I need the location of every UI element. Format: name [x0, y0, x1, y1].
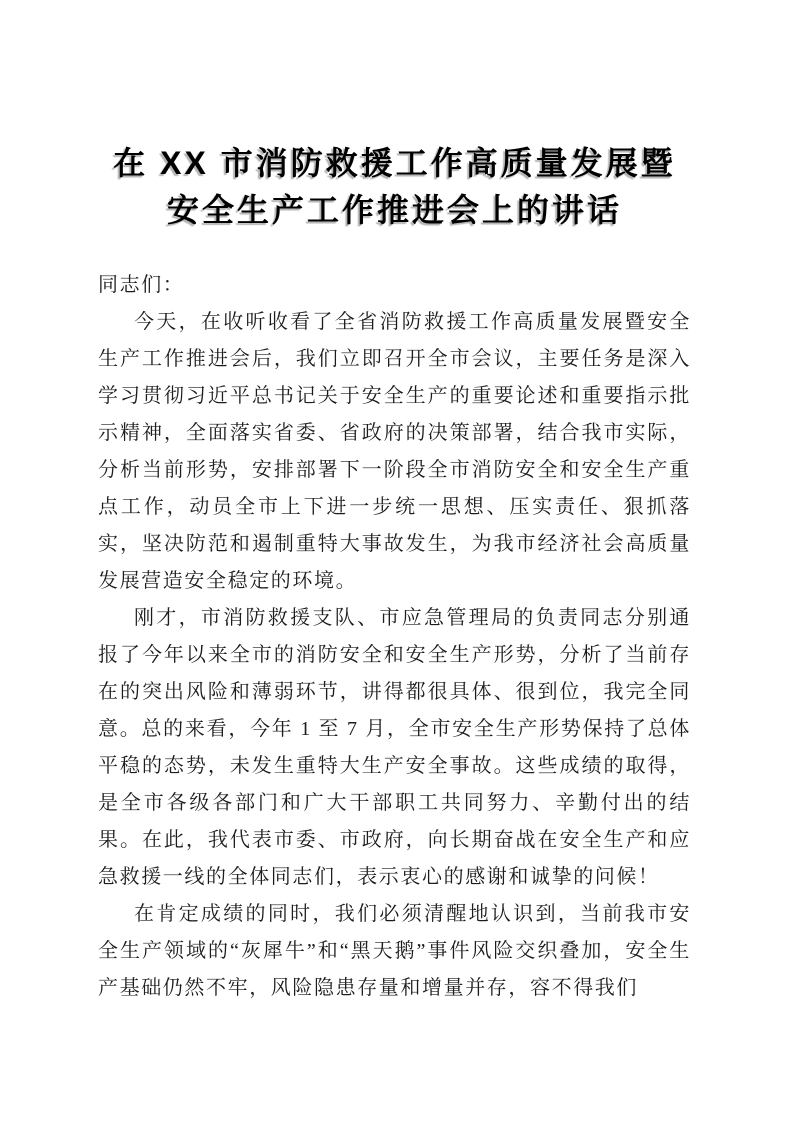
paragraph-1: 今天，在收听收看了全省消防救援工作高质量发展暨安全生产工作推进会后，我们立即召开…	[98, 304, 691, 600]
document-title: 在 XX 市消防救援工作高质量发展暨安全生产工作推进会上的讲话	[98, 140, 691, 234]
document-page: 在 XX 市消防救援工作高质量发展暨安全生产工作推进会上的讲话 同志们： 今天，…	[0, 0, 793, 1122]
paragraph-3: 在肯定成绩的同时，我们必须清醒地认识到，当前我市安全生产领域的“灰犀牛”和“黑天…	[98, 896, 691, 1007]
salutation-line: 同志们：	[98, 267, 691, 304]
document-body: 同志们： 今天，在收听收看了全省消防救援工作高质量发展暨安全生产工作推进会后，我…	[98, 267, 691, 1007]
paragraph-2: 刚才，市消防救援支队、市应急管理局的负责同志分别通报了今年以来全市的消防安全和安…	[98, 600, 691, 896]
